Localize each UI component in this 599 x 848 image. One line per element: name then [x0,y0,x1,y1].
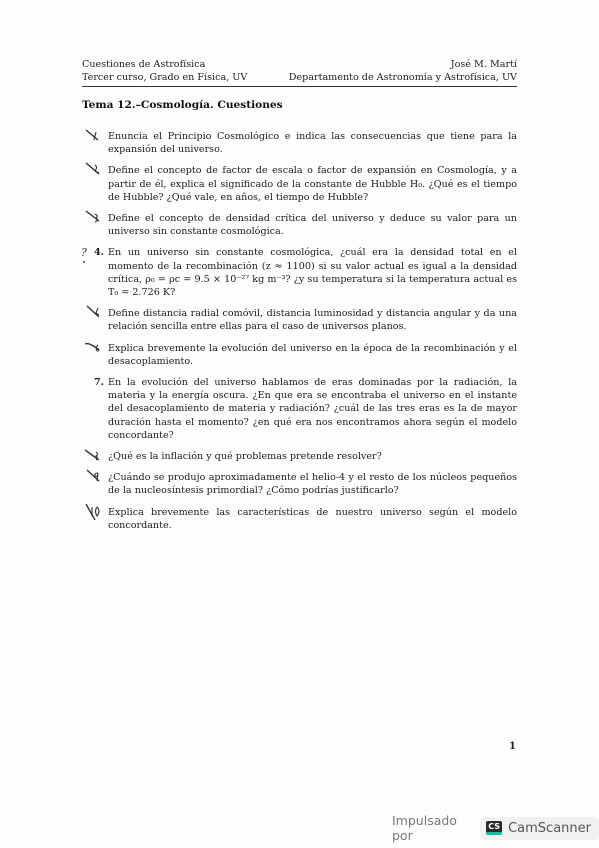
question-item: 7. En la evolución del universo hablamos… [82,376,517,442]
questions-list: Enuncia el Principio Cosmológico e indic… [82,130,517,540]
question-item: ¿Qué es la inflación y qué problemas pre… [82,450,517,463]
question-text: En un universo sin constante cosmológica… [108,247,517,298]
question-text: Define el concepto de densidad crítica d… [108,213,517,237]
question-text: ¿Cuándo se produjo aproximadamente el he… [108,472,517,496]
page-header: Cuestiones de Astrofísica José M. Martí … [82,58,517,84]
course-year: Tercer curso, Grado en Física, UV [82,71,247,84]
camscanner-watermark: Impulsado por CS CamScanner [392,813,599,843]
pen-strike-mark-icon [85,504,103,520]
question-item: Define el concepto de factor de escala o… [82,164,517,204]
question-text: Explica brevemente las características d… [108,507,517,531]
camscanner-logo-icon: CS [486,821,502,835]
question-item: Define distancia radial comóvil, distanc… [82,307,517,333]
question-item: ? 4. En un universo sin constante cosmol… [82,246,517,299]
question-item: Explica brevemente las características d… [82,506,517,532]
camscanner-badge[interactable]: CS CamScanner [480,817,599,840]
question-item: Explica brevemente la evolución del univ… [82,342,517,368]
question-text: Define distancia radial comóvil, distanc… [108,308,517,332]
pen-strike-mark-icon [85,305,103,321]
handwritten-dot [83,261,85,263]
pen-strike-mark-icon [85,340,103,356]
scanned-page: Cuestiones de Astrofísica José M. Martí … [0,0,599,848]
handwritten-question-mark: ? [81,246,87,259]
author-name: José M. Martí [451,58,517,71]
question-text: ¿Qué es la inflación y qué problemas pre… [108,451,382,462]
question-text: Explica brevemente la evolución del univ… [108,343,517,367]
question-text: Define el concepto de factor de escala o… [108,165,517,202]
question-number: 7. [94,376,104,389]
question-text: Enuncia el Principio Cosmológico e indic… [108,131,517,155]
watermark-brand: CamScanner [508,821,591,836]
pen-strike-mark-icon [85,210,103,226]
pen-strike-mark-icon [85,448,103,464]
page-number: 1 [509,741,516,752]
department: Departamento de Astronomía y Astrofísica… [289,71,517,84]
question-item: Enuncia el Principio Cosmológico e indic… [82,130,517,156]
header-divider [82,86,517,87]
course-name: Cuestiones de Astrofísica [82,58,205,71]
question-number: 4. [94,246,104,259]
pen-strike-mark-icon [85,162,103,178]
question-item: Define el concepto de densidad crítica d… [82,212,517,238]
pen-strike-mark-icon [85,128,103,144]
topic-title: Tema 12.–Cosmología. Cuestiones [82,99,283,111]
watermark-label: Impulsado por [392,813,468,843]
pen-strike-mark-icon [85,469,103,485]
question-item: ¿Cuándo se produjo aproximadamente el he… [82,471,517,497]
question-text: En la evolución del universo hablamos de… [108,377,517,441]
